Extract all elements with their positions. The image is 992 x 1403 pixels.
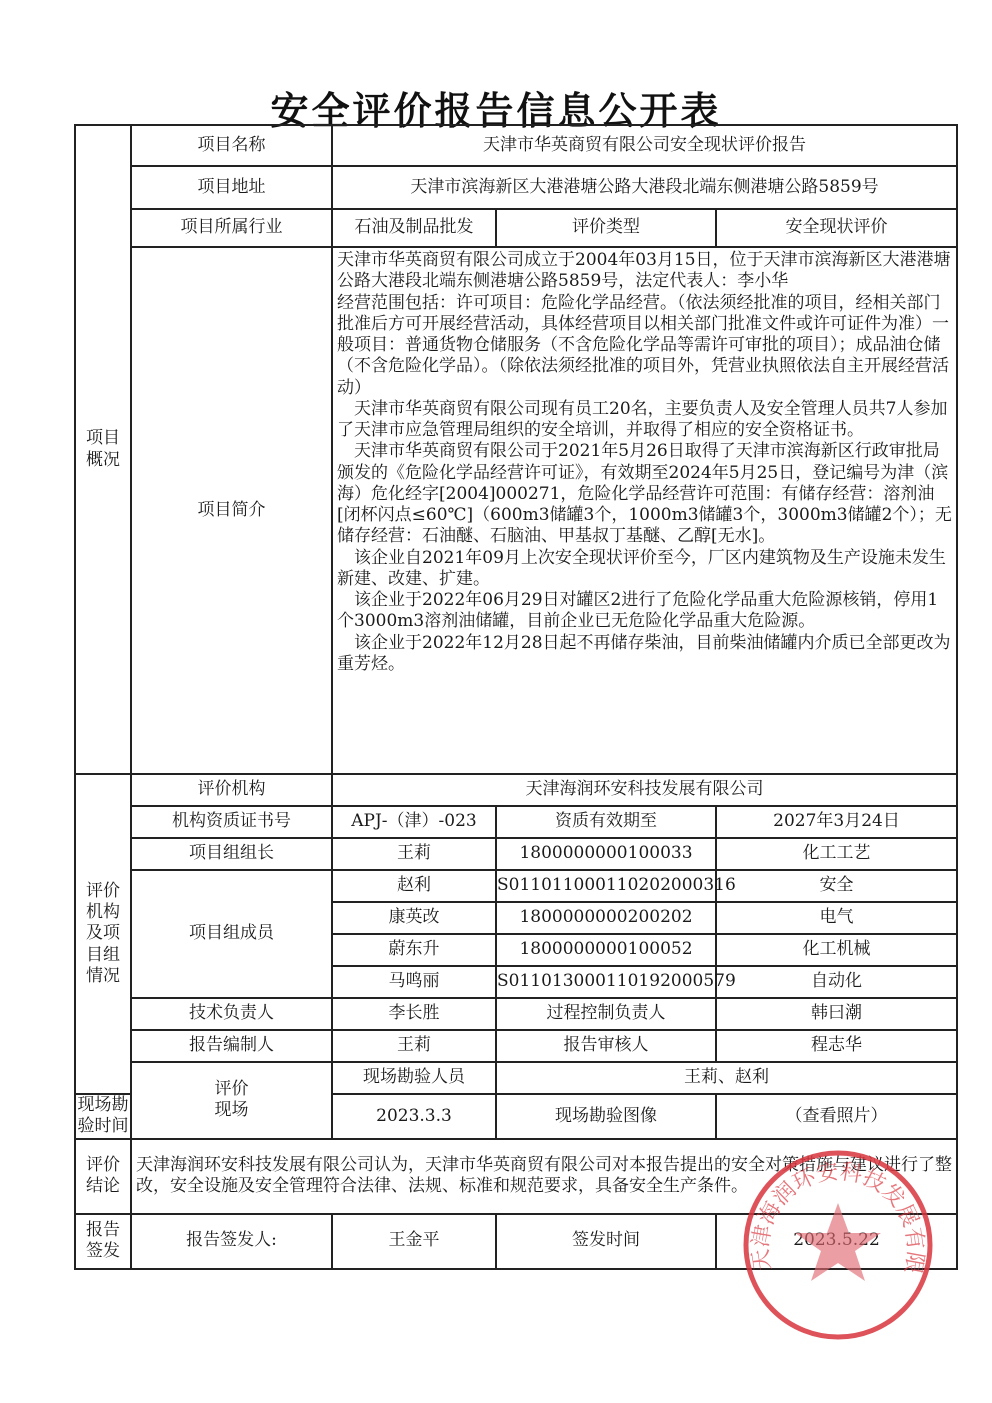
leader-name: 王莉 (332, 838, 496, 870)
section-project-overview: 项目概况 (75, 125, 131, 774)
section-conclusion: 评价结论 (75, 1139, 131, 1214)
inspection-time-label: 现场勘验时间 (75, 1094, 131, 1139)
cert-value: APJ-（津）-023 (332, 806, 496, 838)
member-name: 蔚东升 (332, 934, 496, 966)
members-label: 项目组成员 (131, 870, 332, 998)
tech-lead-label: 技术负责人 (131, 998, 332, 1030)
eval-type-value: 安全现状评价 (716, 209, 957, 247)
section-evaluation-org: 评价机构及项目组情况 (75, 774, 131, 1094)
eval-type-label: 评价类型 (496, 209, 716, 247)
issue-date-value: 2023.5.22 (716, 1214, 957, 1269)
project-name-label: 项目名称 (131, 125, 332, 166)
inspection-time-value: 2023.3.3 (332, 1094, 496, 1139)
cert-label: 机构资质证书号 (131, 806, 332, 838)
process-lead-label: 过程控制负责人 (496, 998, 716, 1030)
project-intro: 天津市华英商贸有限公司成立于2004年03月15日，位于天津市滨海新区大港港塘公… (332, 247, 957, 774)
reviewer-label: 报告审核人 (496, 1030, 716, 1062)
inspectors-label: 现场勘验人员 (332, 1062, 496, 1094)
member-name: 马鸣丽 (332, 966, 496, 998)
member-cert: S011013000110192000579 (496, 966, 716, 998)
section-issuance: 报告签发 (75, 1214, 131, 1269)
validity-label: 资质有效期至 (496, 806, 716, 838)
inspectors-value: 王莉、赵利 (496, 1062, 957, 1094)
issuer-label: 报告签发人: (131, 1214, 332, 1269)
tech-lead-value: 李长胜 (332, 998, 496, 1030)
project-name-value: 天津市华英商贸有限公司安全现状评价报告 (332, 125, 957, 166)
intro-paragraph: 该企业自2021年09月上次安全现状评价至今，厂区内建筑物及生产设施未发生新建、… (337, 548, 952, 591)
industry-value: 石油及制品批发 (332, 209, 496, 247)
intro-paragraph: 天津市华英商贸有限公司成立于2004年03月15日，位于天津市滨海新区大港港塘公… (337, 250, 952, 293)
issue-date-label: 签发时间 (496, 1214, 716, 1269)
view-photos-link[interactable]: （查看照片） (716, 1094, 957, 1139)
conclusion-text: 天津海润环安科技发展有限公司认为，天津市华英商贸有限公司对本报告提出的安全对策措… (131, 1139, 957, 1214)
member-row: 项目组成员 赵利 S011011000110202000316 安全 (75, 870, 957, 902)
member-name: 赵利 (332, 870, 496, 902)
inspection-images-label: 现场勘验图像 (496, 1094, 716, 1139)
member-cert: S011011000110202000316 (496, 870, 716, 902)
validity-value: 2027年3月24日 (716, 806, 957, 838)
intro-paragraph: 经营范围包括：许可项目：危险化学品经营。（依法须经批准的项目，经相关部门批准后方… (337, 293, 952, 399)
leader-label: 项目组组长 (131, 838, 332, 870)
intro-paragraph: 该企业于2022年12月28日起不再储存柴油，目前柴油储罐内介质已全部更改为重芳… (337, 633, 952, 676)
member-specialty: 自动化 (716, 966, 957, 998)
industry-label: 项目所属行业 (131, 209, 332, 247)
info-table: 项目概况 项目名称 天津市华英商贸有限公司安全现状评价报告 项目地址 天津市滨海… (74, 124, 958, 1270)
section-site: 评价现场 (131, 1062, 332, 1139)
org-value: 天津海润环安科技发展有限公司 (332, 774, 957, 806)
project-address-value: 天津市滨海新区大港港塘公路大港段北端东侧港塘公路5859号 (332, 166, 957, 209)
author-value: 王莉 (332, 1030, 496, 1062)
author-label: 报告编制人 (131, 1030, 332, 1062)
member-specialty: 安全 (716, 870, 957, 902)
issuer-value: 王金平 (332, 1214, 496, 1269)
member-specialty: 化工机械 (716, 934, 957, 966)
member-cert: 1800000000200202 (496, 902, 716, 934)
project-address-label: 项目地址 (131, 166, 332, 209)
member-name: 康英改 (332, 902, 496, 934)
reviewer-value: 程志华 (716, 1030, 957, 1062)
org-label: 评价机构 (131, 774, 332, 806)
member-cert: 1800000000100052 (496, 934, 716, 966)
intro-label: 项目简介 (131, 247, 332, 774)
member-specialty: 电气 (716, 902, 957, 934)
process-lead-value: 韩曰潮 (716, 998, 957, 1030)
intro-paragraph: 该企业于2022年06月29日对罐区2进行了危险化学品重大危险源核销，停用1个3… (337, 590, 952, 633)
intro-paragraph: 天津市华英商贸有限公司于2021年5月26日取得了天津市滨海新区行政审批局颁发的… (337, 441, 952, 547)
intro-paragraph: 天津市华英商贸有限公司现有员工20名，主要负责人及安全管理人员共7人参加了天津市… (337, 399, 952, 442)
leader-specialty: 化工工艺 (716, 838, 957, 870)
leader-cert: 1800000000100033 (496, 838, 716, 870)
